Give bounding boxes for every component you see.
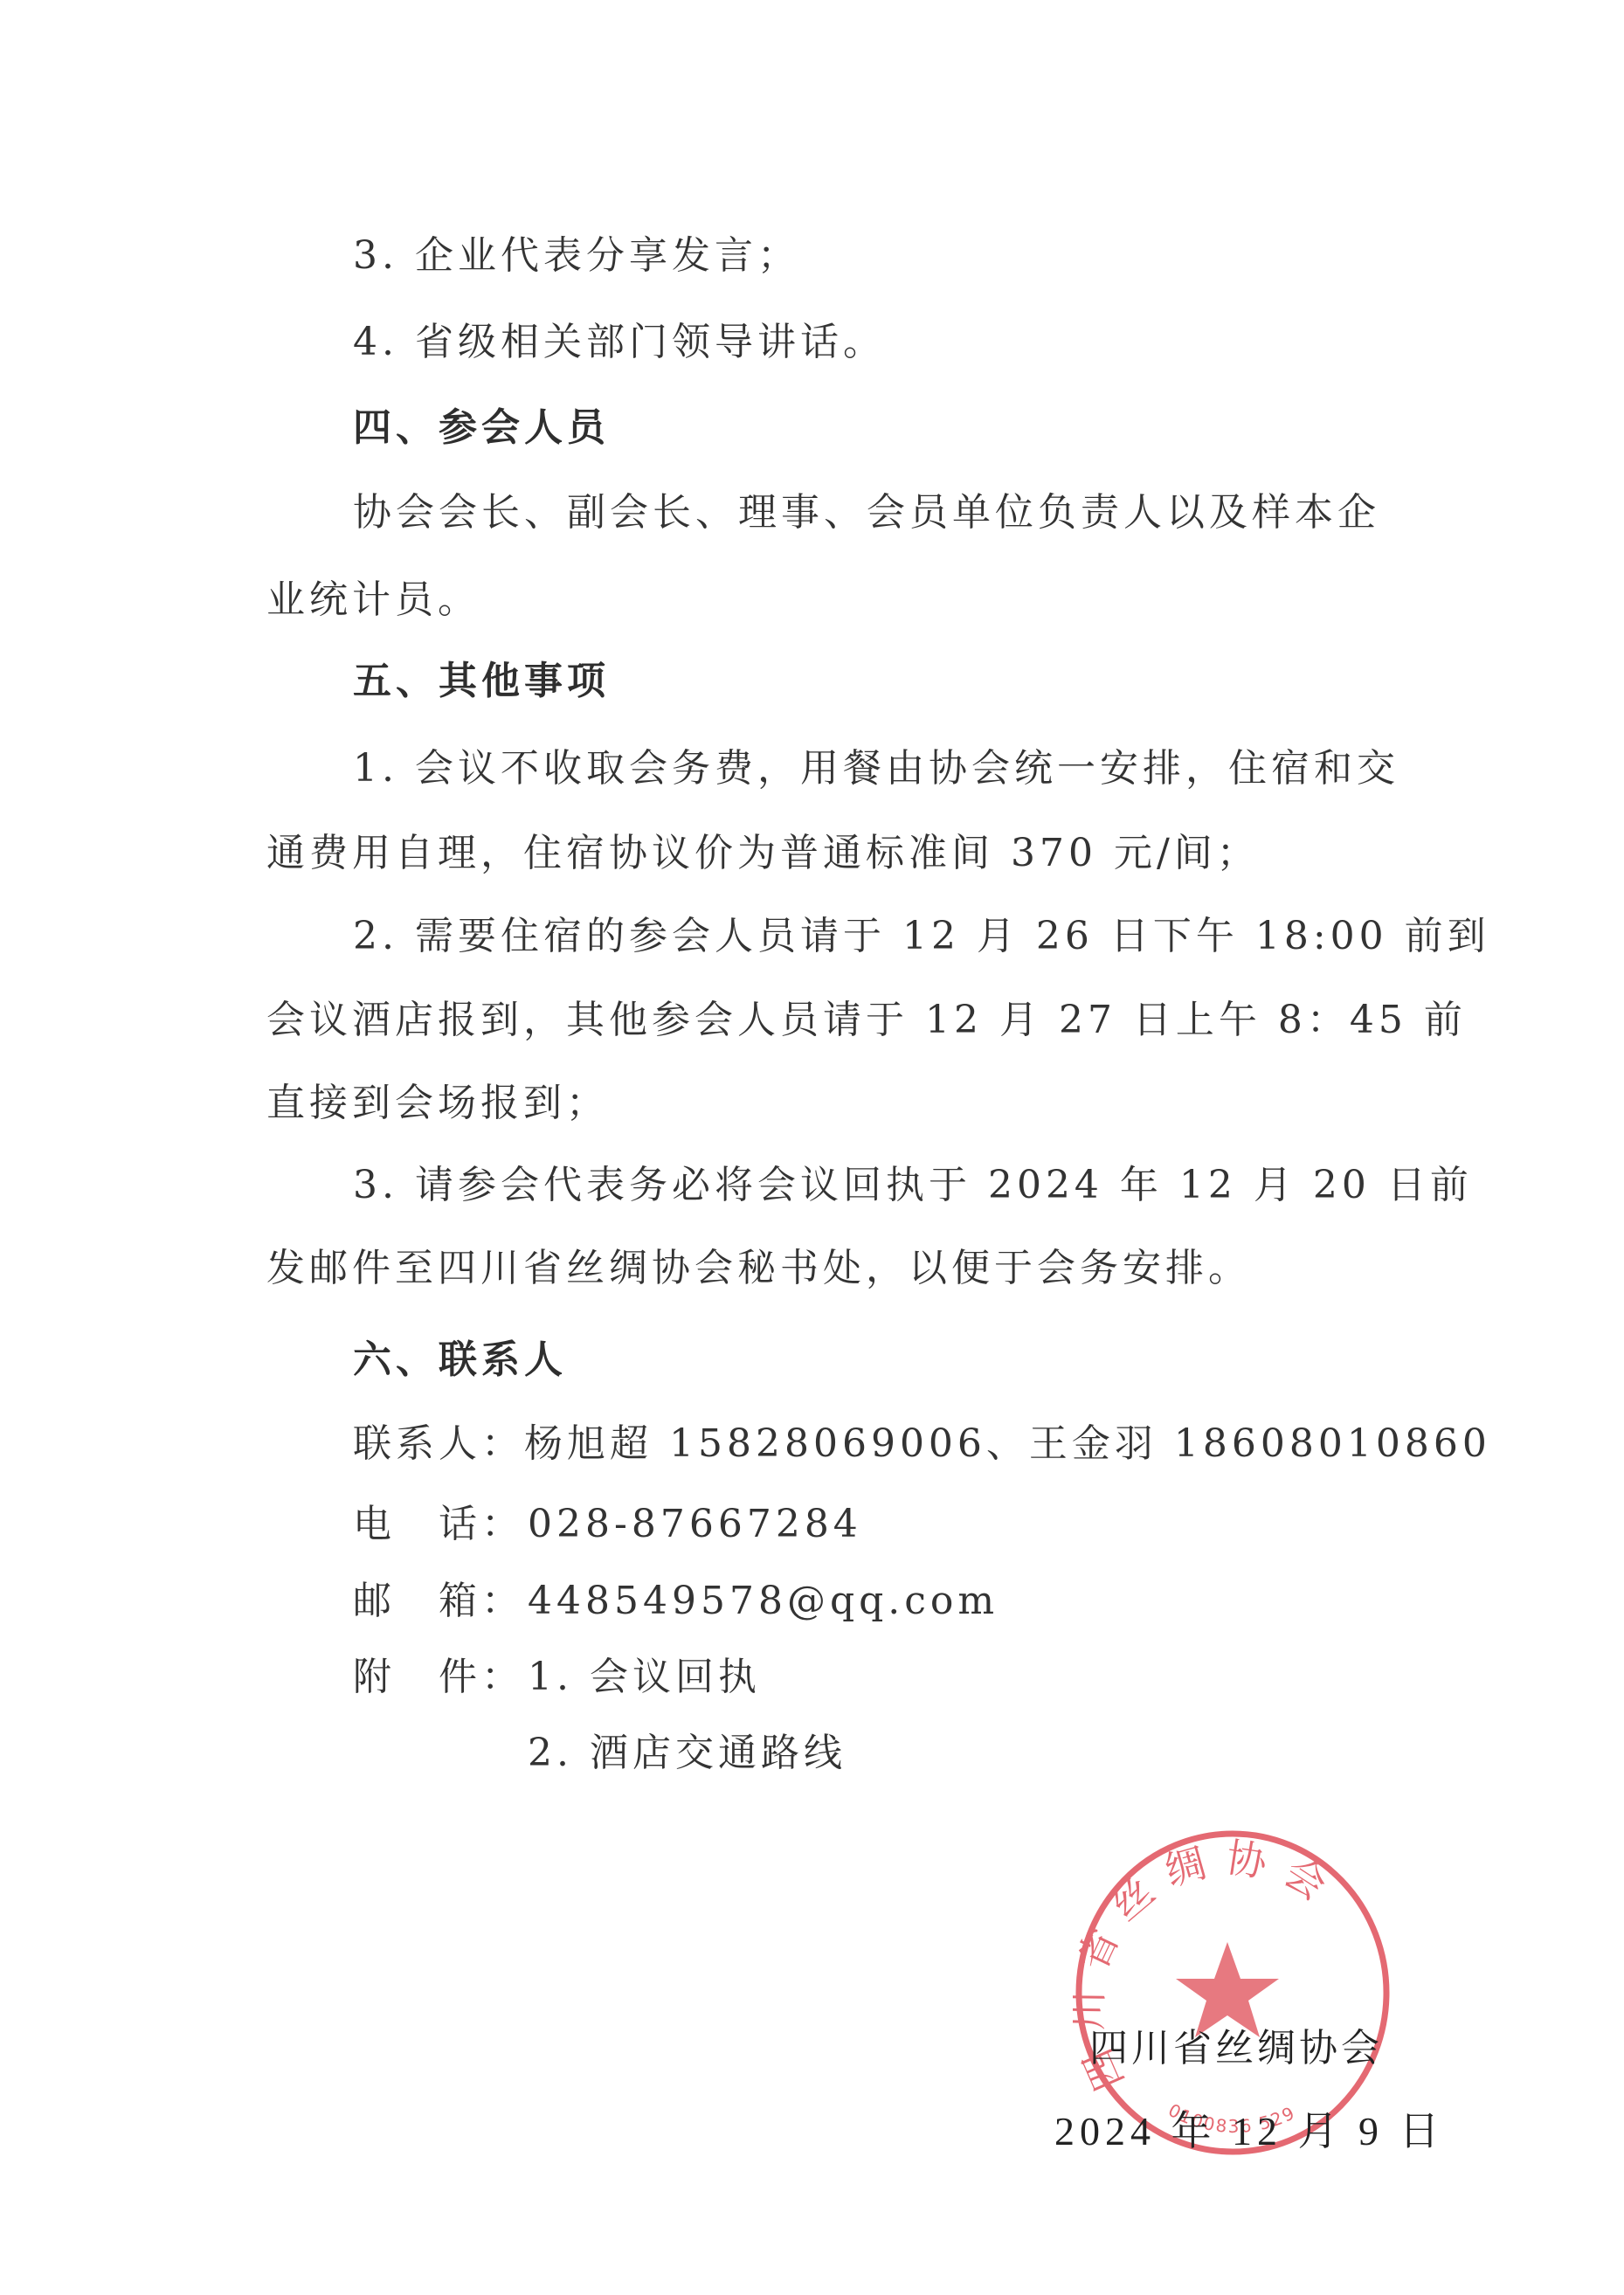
other-item-3-line-2: 发邮件至四川省丝绸协会秘书处，以便于会务安排。 xyxy=(266,1244,1251,1293)
other-item-2-line-3: 直接到会场报到； xyxy=(266,1079,609,1128)
contact-persons-label: 联系人： xyxy=(353,1421,524,1466)
seal-ring xyxy=(1079,1834,1386,2152)
other-item-3-line-1: 3. 请参会代表务必将会议回执于 2024 年 12 月 20 日前 xyxy=(353,1161,1473,1210)
star-icon xyxy=(1176,1942,1279,2037)
attachment-item-1: 1. 会议回执 xyxy=(528,1655,761,1699)
list-item-3: 3. 企业代表分享发言； xyxy=(353,232,800,280)
other-item-2-line-2: 会议酒店报到，其他参会人员请于 12 月 27 日上午 8：45 前 xyxy=(266,996,1467,1045)
section-heading-contacts: 六、联系人 xyxy=(353,1336,567,1385)
attachments-label: 附 件： xyxy=(353,1653,528,1702)
phone-label: 电 话： xyxy=(353,1500,528,1549)
other-item-1-line-1: 1. 会议不收取会务费，用餐由协会统一安排，住宿和交 xyxy=(353,744,1399,793)
attendees-paragraph-line-2: 业统计员。 xyxy=(266,576,480,625)
contact-persons-row: 联系人：杨旭超 15828069006、王金羽 18608010860 xyxy=(353,1420,1491,1469)
phone-value: 028-87667284 xyxy=(528,1502,862,1546)
email-value: 448549578@qq.com xyxy=(528,1579,999,1623)
attachments-row: 附 件：1. 会议回执 xyxy=(353,1653,761,1702)
document-page: 3. 企业代表分享发言； 4. 省级相关部门领导讲话。 四、参会人员 协会会长、… xyxy=(0,0,1624,2295)
contact-persons-value: 杨旭超 15828069006、王金羽 18608010860 xyxy=(524,1421,1491,1466)
email-row: 邮 箱：448549578@qq.com xyxy=(353,1577,999,1626)
phone-row: 电 话：028-87667284 xyxy=(353,1500,862,1549)
attachment-item-2: 2. 酒店交通路线 xyxy=(528,1729,847,1778)
other-item-1-line-2: 通费用自理，住宿协议价为普通标准间 370 元/间； xyxy=(266,829,1260,878)
signature-date: 2024 年 12 月 9 日 xyxy=(1054,2107,1445,2156)
signature-organization: 四川省丝绸协会 xyxy=(1089,2024,1383,2073)
other-item-2-line-1: 2. 需要住宿的参会人员请于 12 月 26 日下午 18:00 前到 xyxy=(353,912,1490,961)
attendees-paragraph-line-1: 协会会长、副会长、理事、会员单位负责人以及样本企 xyxy=(353,488,1380,537)
section-heading-other-matters: 五、其他事项 xyxy=(353,657,610,706)
list-item-4: 4. 省级相关部门领导讲话。 xyxy=(353,318,886,367)
section-heading-attendees: 四、参会人员 xyxy=(353,404,610,453)
email-label: 邮 箱： xyxy=(353,1577,528,1626)
